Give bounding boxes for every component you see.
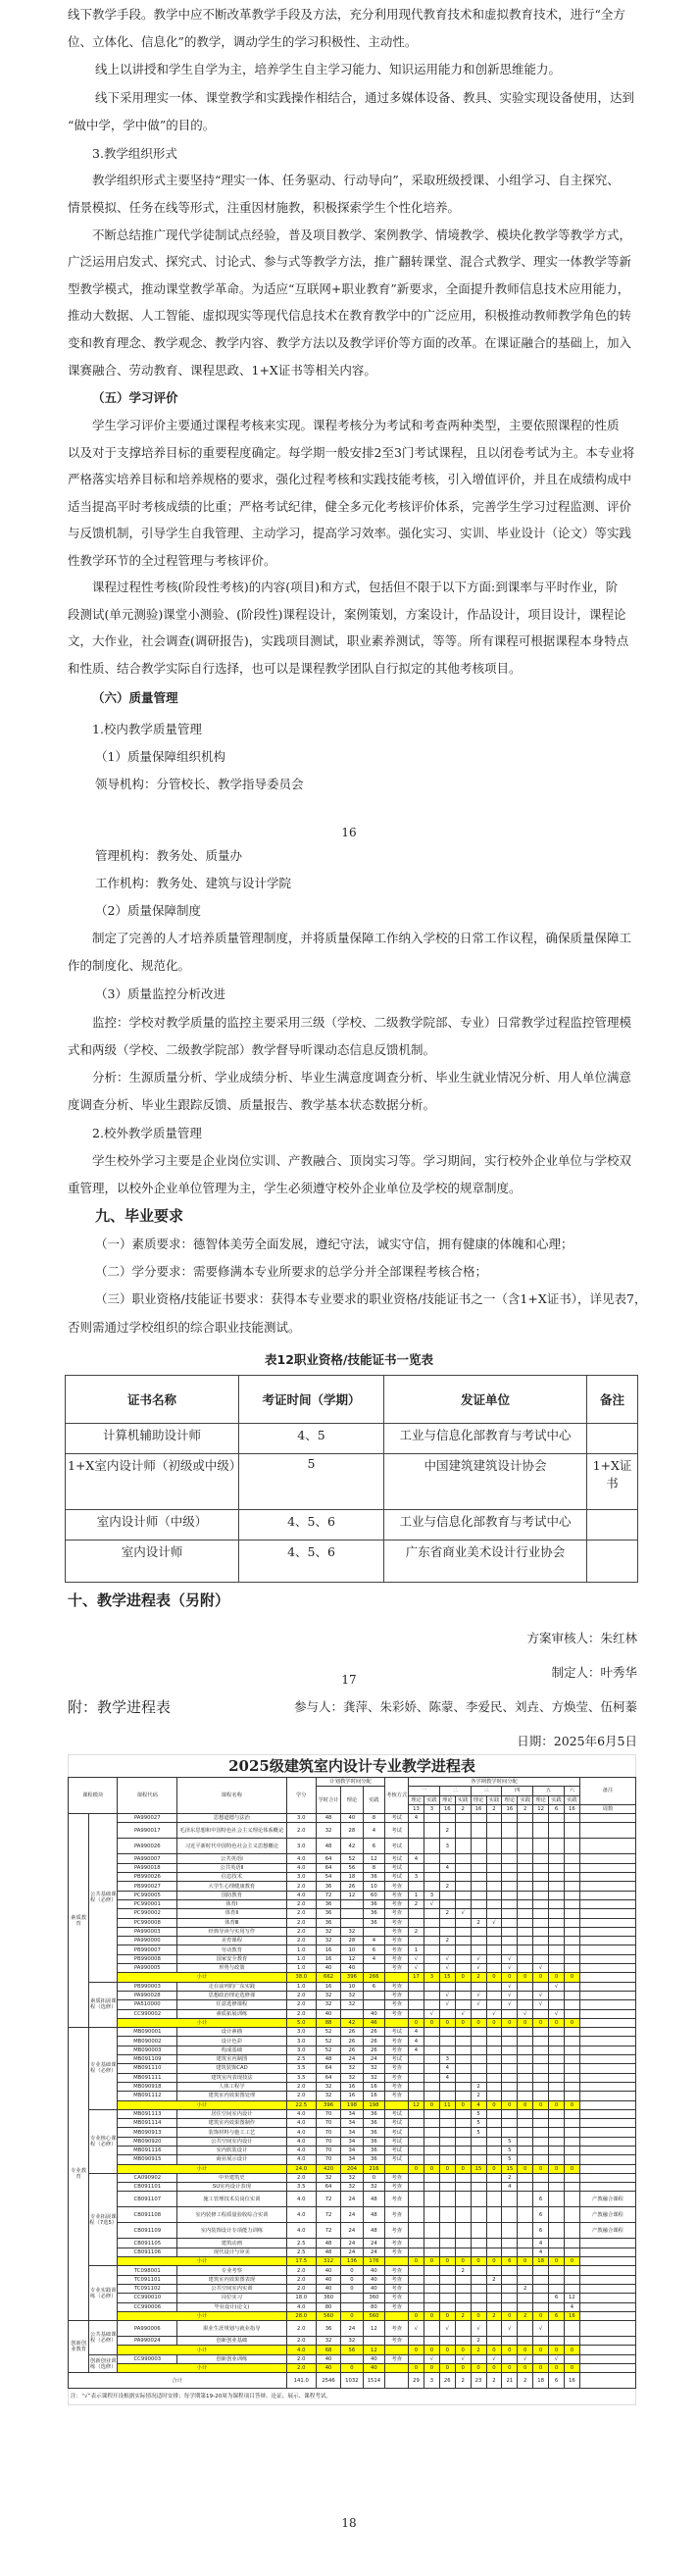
schedule-cell: 1.0 — [286, 1945, 316, 1954]
schedule-cell: 0 — [409, 2364, 424, 2373]
schedule-cell — [486, 2092, 502, 2100]
schedule-cell: 走在前列的广东实践 — [177, 1982, 286, 1991]
schedule-cell: 1032 — [341, 2373, 364, 2389]
course-row: PA990026习近平新时代中国特色社会主义思想概论3.048426考试3 — [69, 1839, 636, 1854]
schedule-cell: 专业考察 — [177, 2266, 286, 2275]
schedule-cell — [471, 2009, 486, 2018]
schedule-cell: √ — [486, 2009, 502, 2018]
schedule-cell — [409, 2128, 424, 2137]
schedule-cell: 64 — [316, 1863, 340, 1872]
schedule-cell: 体育Ⅱ — [177, 1909, 286, 1918]
schedule-cell — [502, 2248, 518, 2256]
remark-cell — [579, 2248, 635, 2256]
remark-cell — [579, 2000, 635, 2009]
schedule-cell: 15 — [502, 2164, 518, 2173]
schedule-cell: 构成基础 — [177, 2046, 286, 2054]
paragraph-line: 广泛运用启发式、探究式、讨论式、参与式等教学方法，推广翻转课堂、混合式教学、理实… — [68, 255, 639, 268]
schedule-cell — [533, 1854, 549, 1863]
header-semester: 三 — [471, 1787, 502, 1795]
schedule-cell: 4.0 — [286, 2302, 316, 2311]
schedule-cell: 396 — [316, 2100, 340, 2109]
schedule-cell: 4.0 — [286, 2346, 316, 2354]
course-row: MB091112建筑室内效果图处理2.0321616考查2 — [69, 2092, 636, 2100]
course-row: CB091109室内装饰设计专项能力训练4.0722448考查6产教融合课程 — [69, 2223, 636, 2239]
schedule-cell — [549, 2028, 565, 2037]
schedule-cell — [502, 1839, 518, 1854]
schedule-cell: √ — [502, 1954, 518, 1963]
schedule-cell — [533, 2302, 549, 2311]
schedule-cell: 2.0 — [286, 2275, 316, 2284]
schedule-cell: MB091111 — [118, 2073, 177, 2082]
schedule-cell: √ — [471, 2321, 486, 2337]
schedule-cell — [518, 2239, 533, 2248]
schedule-cell: 3.0 — [286, 1814, 316, 1823]
schedule-cell: √ — [471, 1991, 486, 1999]
schedule-cell — [533, 1982, 549, 1991]
schedule-cell — [486, 1964, 502, 1973]
schedule-cell — [533, 2275, 549, 2284]
schedule-cell — [502, 1909, 518, 1918]
schedule-cell — [564, 2239, 579, 2248]
course-row: PA990005形势与政策1.04040考查√√√√√ — [69, 1964, 636, 1973]
remark-cell — [579, 2173, 635, 2182]
schedule-cell: 4 — [363, 1937, 385, 1945]
schedule-cell: MB091114 — [118, 2119, 177, 2128]
weeks-cell: 16 — [439, 1804, 455, 1813]
schedule-cell: √ — [424, 2354, 439, 2363]
schedule-cell: 70 — [316, 2119, 340, 2128]
remark-cell — [579, 2266, 635, 2275]
schedule-cell — [471, 2192, 486, 2207]
schedule-cell: 0 — [409, 2018, 424, 2027]
schedule-cell — [409, 2155, 424, 2164]
schedule-cell — [424, 2119, 439, 2128]
schedule-cell — [518, 2248, 533, 2256]
header-assessment: 考核方式 — [385, 1778, 409, 1814]
section-10-title: 十、教学进程表（另附） — [68, 1594, 639, 1607]
schedule-cell — [471, 2173, 486, 2182]
schedule-cell: PA990005 — [118, 1964, 177, 1973]
schedule-cell — [564, 1899, 579, 1908]
schedule-cell: 设计色彩 — [177, 2037, 286, 2046]
course-row: PC990008体育Ⅲ2.03636考查2√ — [69, 1918, 636, 1927]
schedule-cell — [549, 1814, 565, 1823]
schedule-cell — [579, 1973, 635, 1982]
schedule-cell: PC990008 — [118, 1918, 177, 1927]
header-semester: 六 — [564, 1787, 579, 1795]
schedule-cell: √ — [486, 1918, 502, 1927]
schedule-cell: 思想道德与法治 — [177, 1814, 286, 1823]
cert-cell: 工业与信息化部教育与考试中心 — [384, 1510, 587, 1541]
schedule-cell: 考试 — [385, 2137, 409, 2146]
schedule-cell: 52 — [316, 2037, 340, 2046]
schedule-cell — [471, 2046, 486, 2054]
schedule-cell: 48 — [316, 2239, 340, 2248]
course-row: CB091105建筑动画2.5482424考查4 — [69, 2239, 636, 2248]
schedule-cell — [502, 2092, 518, 2100]
schedule-cell: 考试 — [385, 2128, 409, 2137]
schedule-cell — [409, 1823, 424, 1839]
schedule-cell: 64 — [316, 2064, 340, 2073]
schedule-cell — [341, 1899, 364, 1908]
paragraph-line: 重管理，以校外企业单位管理为主，学生必须遵守校外企业单位及学校的规章制度。 — [68, 1182, 639, 1194]
group-cell: 专业拓展课程（7选5） — [89, 2173, 118, 2265]
schedule-cell — [363, 1964, 385, 1973]
remark-cell — [579, 1945, 635, 1954]
schedule-cell: 4 — [409, 2037, 424, 2046]
schedule-cell — [424, 2266, 439, 2275]
schedule-cell: 3.5 — [286, 2183, 316, 2192]
remark-cell — [579, 1954, 635, 1963]
paragraph-line: 3.教学组织形式 — [92, 147, 664, 160]
schedule-cell: TC091101 — [118, 2275, 177, 2284]
schedule-cell: 考查 — [385, 2294, 409, 2302]
schedule-cell — [409, 2284, 424, 2293]
schedule-cell — [518, 2128, 533, 2137]
subtotal-row: 小计24.04202042160000150150000 — [69, 2164, 636, 2173]
header-semester: 一 — [409, 1787, 440, 1795]
schedule-cell: 4.0 — [286, 2109, 316, 2118]
schedule-cell: 0 — [564, 2100, 579, 2109]
schedule-cell: 考查 — [385, 1899, 409, 1908]
schedule-cell: PA990006 — [118, 2321, 177, 2337]
cert-cell: 室内设计师 — [66, 1541, 239, 1583]
schedule-cell: CC990010 — [118, 2294, 177, 2302]
schedule-cell: 29 — [409, 2373, 424, 2389]
schedule-cell: 公共空间室内设计 — [177, 2137, 286, 2146]
schedule-cell: √ — [471, 2000, 486, 2009]
header-semester: 五 — [533, 1787, 565, 1795]
schedule-cell — [502, 2302, 518, 2311]
schedule-cell — [486, 1909, 502, 1918]
schedule-cell: 考查 — [385, 2183, 409, 2192]
course-row: CB091108室内装修工程质量验收综合实训4.0722448考查6产教融合课程 — [69, 2207, 636, 2223]
schedule-cell: 0 — [409, 2311, 424, 2320]
schedule-cell: 32 — [341, 1991, 364, 1999]
schedule-cell — [424, 2192, 439, 2207]
schedule-cell: √ — [502, 1982, 518, 1991]
course-row: MB091111建筑室内表现技法3.5643232考查4 — [69, 2073, 636, 2082]
schedule-cell — [579, 2346, 635, 2354]
course-row: CB091107施工管理技术员岗位实训4.0722448考查6产教融合课程 — [69, 2192, 636, 2207]
schedule-cell — [439, 2294, 455, 2302]
paragraph-line: 领导机构：分管校长、教学指导委员会 — [95, 778, 667, 790]
schedule-cell — [455, 1823, 471, 1839]
schedule-cell: 创新创业训练 — [177, 2354, 286, 2363]
schedule-cell — [471, 1873, 486, 1882]
schedule-cell: 0 — [564, 2164, 579, 2173]
schedule-cell — [549, 2046, 565, 2054]
schedule-cell — [385, 2018, 409, 2027]
schedule-cell: 198 — [341, 2100, 364, 2109]
schedule-cell — [518, 1882, 533, 1891]
schedule-cell — [502, 2109, 518, 2118]
course-row: MB090920公共空间室内设计4.0703436考试5 — [69, 2137, 636, 2146]
course-row: MB090002设计色彩3.0522626考查4 — [69, 2037, 636, 2046]
schedule-cell: 5 — [471, 2119, 486, 2128]
schedule-cell: 70 — [316, 2137, 340, 2146]
schedule-cell: 居住空间室内设计 — [177, 2109, 286, 2118]
schedule-cell — [549, 2146, 565, 2154]
schedule-cell: CC990002 — [118, 2009, 177, 2018]
schedule-cell: 考试 — [385, 2109, 409, 2118]
schedule-cell: 6 — [533, 2207, 549, 2223]
schedule-cell — [518, 1873, 533, 1882]
schedule-cell: 考查 — [385, 2046, 409, 2054]
schedule-cell — [549, 2284, 565, 2293]
schedule-cell — [471, 1891, 486, 1899]
total-row: 合计141.025461032151429326223221218616 — [69, 2373, 636, 2389]
schedule-cell — [471, 2155, 486, 2164]
cert-cell — [587, 1541, 638, 1583]
schedule-cell — [486, 2248, 502, 2256]
schedule-cell: 2 — [409, 1899, 424, 1908]
schedule-cell — [455, 2046, 471, 2054]
schedule-cell: 小计 — [118, 2018, 286, 2027]
schedule-cell — [471, 1863, 486, 1872]
schedule-cell: 12 — [341, 1954, 364, 1963]
schedule-cell: 2.0 — [286, 2321, 316, 2337]
group-cell: 创新创业训练（选修） — [89, 2354, 118, 2373]
schedule-cell: 32 — [316, 2000, 340, 2009]
remark-cell — [579, 2337, 635, 2346]
schedule-cell — [409, 2192, 424, 2207]
schedule-cell: 0 — [502, 2346, 518, 2354]
schedule-cell: 46 — [363, 2018, 385, 2027]
schedule-cell — [439, 2223, 455, 2239]
schedule-cell — [424, 1882, 439, 1891]
schedule-cell: 32 — [363, 2183, 385, 2192]
schedule-cell: 3.0 — [286, 2037, 316, 2046]
schedule-cell — [424, 1937, 439, 1945]
schedule-cell: 32 — [316, 1823, 340, 1839]
schedule-cell: 理论 — [533, 1795, 549, 1804]
schedule-cell: 64 — [316, 1854, 340, 1863]
schedule-cell — [439, 2146, 455, 2154]
subtotal-row: 小计28.05600560000202020616 — [69, 2311, 636, 2320]
schedule-cell — [549, 1945, 565, 1954]
schedule-cell — [455, 2119, 471, 2128]
cert-cell — [587, 1510, 638, 1541]
schedule-cell — [455, 2028, 471, 2037]
schedule-cell — [486, 2302, 502, 2311]
schedule-cell — [533, 1863, 549, 1872]
schedule-cell — [424, 1927, 439, 1936]
course-row: PA990024创新创业基础2.03232考查2 — [69, 2337, 636, 2346]
schedule-cell — [533, 1882, 549, 1891]
schedule-cell: 0 — [486, 2257, 502, 2266]
schedule-cell — [564, 1982, 579, 1991]
schedule-cell: 0 — [549, 1973, 565, 1982]
schedule-cell: 习近平新时代中国特色社会主义思想概论 — [177, 1839, 286, 1854]
schedule-cell — [564, 1909, 579, 1918]
schedule-cell: 0 — [471, 2311, 486, 2320]
schedule-cell: 38.0 — [286, 1973, 316, 1982]
schedule-cell — [486, 2137, 502, 2146]
schedule-cell: 0 — [502, 1973, 518, 1982]
schedule-cell: 36 — [363, 2155, 385, 2164]
schedule-cell — [564, 1854, 579, 1863]
schedule-cell — [385, 2100, 409, 2109]
schedule-cell — [455, 2173, 471, 2182]
schedule-cell — [385, 2311, 409, 2320]
schedule-cell: 32 — [341, 2000, 364, 2009]
schedule-cell — [455, 2137, 471, 2146]
schedule-cell — [533, 2009, 549, 2018]
schedule-cell — [502, 2266, 518, 2275]
schedule-cell — [385, 1973, 409, 1982]
schedule-cell — [439, 2009, 455, 2018]
schedule-cell: 0 — [486, 2346, 502, 2354]
schedule-cell — [486, 2146, 502, 2154]
course-row: PA990017毛泽东思想和中国特色社会主义理论体系概论2.032284考试2 — [69, 1823, 636, 1839]
schedule-cell: 0 — [424, 2164, 439, 2173]
schedule-cell: 54 — [316, 1873, 340, 1882]
schedule-cell: 3 — [424, 1973, 439, 1982]
schedule-cell: 42 — [341, 1839, 364, 1854]
schedule-cell — [502, 2354, 518, 2363]
schedule-cell: 考试 — [385, 1814, 409, 1823]
paragraph-line: 分析：生源质量分析、学业成绩分析、毕业生满意度调查分析、毕业生就业情况分析、用人… — [92, 1071, 664, 1084]
schedule-cell: 2.5 — [286, 2055, 316, 2064]
schedule-cell — [564, 2046, 579, 2054]
schedule-cell: 实践 — [564, 1795, 579, 1804]
schedule-cell: 0 — [455, 2164, 471, 2173]
cert-cell: 工业与信息化部教育与考试中心 — [384, 1424, 587, 1454]
cert-table-caption: 表12职业资格/技能证书一览表 — [0, 1350, 698, 1368]
schedule-cell: 11 — [439, 2100, 455, 2109]
schedule-cell: 2 — [471, 1918, 486, 1927]
schedule-cell: 0 — [341, 2311, 364, 2320]
schedule-cell: 0 — [424, 2018, 439, 2027]
schedule-cell — [549, 2302, 565, 2311]
schedule-cell: 考试 — [385, 2146, 409, 2154]
paragraph-line: 和性质、结合教学实际自行选择，也可以是课程教学团队自行拟定的其他考核项目。 — [68, 662, 639, 675]
schedule-cell — [409, 2009, 424, 2018]
course-row: MB091114建筑室内效果图制作4.0703436考试5 — [69, 2119, 636, 2128]
schedule-cell — [455, 1814, 471, 1823]
paragraph-line: 学生校外学习主要是企业岗位实训、产教融合、顶岗实习等。学习期间，实行校外企业单位… — [92, 1154, 664, 1167]
schedule-cell: 建筑装饰CAD — [177, 2064, 286, 2073]
schedule-cell: MB090913 — [118, 2128, 177, 2137]
schedule-cell: 40 — [316, 2266, 340, 2275]
schedule-cell: √ — [439, 1954, 455, 1963]
paragraph-line: （3）质量监控分析改进 — [95, 987, 667, 1000]
schedule-cell: 体育Ⅲ — [177, 1918, 286, 1927]
schedule-cell: 32 — [341, 2337, 364, 2346]
schedule-cell: 32 — [316, 1937, 340, 1945]
schedule-cell: 18 — [533, 2257, 549, 2266]
paragraph-line: 课程过程性考核(阶段性考核)的内容(项目)和方式，包括但不限于以下方面:到课率与… — [92, 581, 664, 593]
schedule-cell — [424, 2064, 439, 2073]
schedule-cell — [564, 1937, 579, 1945]
schedule-cell: PB990008 — [118, 1954, 177, 1963]
schedule-cell: 0 — [363, 2173, 385, 2182]
schedule-cell: 考试 — [385, 2119, 409, 2128]
schedule-cell: 商业展示设计 — [177, 2155, 286, 2164]
remark-cell — [579, 2275, 635, 2284]
schedule-cell — [455, 2000, 471, 2009]
schedule-cell — [533, 2183, 549, 2192]
remark-cell: 产教融合课程 — [579, 2207, 635, 2223]
schedule-cell — [409, 2207, 424, 2223]
schedule-cell: PA990000 — [118, 1937, 177, 1945]
schedule-cell — [439, 2155, 455, 2164]
schedule-cell: 24 — [341, 2055, 364, 2064]
paragraph-line: 1.校内教学质量管理 — [92, 723, 664, 735]
schedule-cell — [518, 2155, 533, 2164]
schedule-cell: 10 — [341, 1945, 364, 1954]
remark-cell: 产教融合课程 — [579, 2192, 635, 2207]
schedule-cell: 3.5 — [286, 2064, 316, 2073]
schedule-cell — [424, 2302, 439, 2311]
schedule-cell: 396 — [341, 1973, 364, 1982]
schedule-cell: 1514 — [363, 2373, 385, 2389]
remark-cell — [579, 2073, 635, 2082]
schedule-cell: 实践 — [518, 1795, 533, 1804]
schedule-cell — [564, 2073, 579, 2082]
schedule-cell: 0 — [455, 1973, 471, 1982]
schedule-cell: 70 — [316, 2109, 340, 2118]
schedule-cell: 0 — [533, 2364, 549, 2373]
schedule-cell — [549, 2073, 565, 2082]
schedule-cell: 24 — [341, 2223, 364, 2239]
schedule-cell — [471, 2207, 486, 2223]
schedule-cell: 48 — [316, 1814, 340, 1823]
schedule-cell — [341, 1909, 364, 1918]
schedule-cell: √ — [424, 2009, 439, 2018]
schedule-cell — [439, 2302, 455, 2311]
schedule-cell: 4.0 — [286, 1891, 316, 1899]
paragraph-line: 否则需通过学校组织的综合职业技能测试。 — [68, 1321, 639, 1334]
col-header-exam-term: 考证时间（学期） — [239, 1376, 384, 1424]
schedule-cell — [409, 2064, 424, 2073]
schedule-cell: 32 — [363, 2073, 385, 2082]
schedule-cell — [579, 2373, 635, 2389]
schedule-cell — [564, 2146, 579, 2154]
schedule-cell — [486, 2073, 502, 2082]
schedule-cell: 美育课程 — [177, 1937, 286, 1945]
schedule-cell — [533, 1823, 549, 1839]
schedule-cell: 实践 — [486, 1795, 502, 1804]
schedule-cell — [471, 1823, 486, 1839]
schedule-cell: 0 — [486, 1973, 502, 1982]
schedule-cell: 考试 — [385, 1823, 409, 1839]
schedule-cell — [486, 1891, 502, 1899]
schedule-cell — [471, 2266, 486, 2275]
schedule-cell: √ — [533, 2000, 549, 2009]
schedule-cell — [424, 1991, 439, 1999]
schedule-cell: CB091108 — [118, 2207, 177, 2223]
schedule-cell — [564, 2137, 579, 2146]
schedule-cell — [409, 2294, 424, 2302]
schedule-cell — [409, 2073, 424, 2082]
schedule-cell: 24.0 — [286, 2164, 316, 2173]
schedule-cell: 小计 — [118, 2164, 286, 2173]
schedule-cell: 0 — [549, 2164, 565, 2173]
schedule-cell — [455, 2155, 471, 2164]
schedule-cell — [471, 2028, 486, 2037]
cert-cell: 4、5、6 — [239, 1510, 384, 1541]
schedule-cell: MB090002 — [118, 2037, 177, 2046]
schedule-cell — [533, 2354, 549, 2363]
schedule-cell — [424, 2137, 439, 2146]
schedule-cell — [439, 2137, 455, 2146]
schedule-cell: 26 — [341, 1882, 364, 1891]
schedule-cell: 23 — [471, 2373, 486, 2389]
schedule-cell: 室内装修工程质量验收综合实训 — [177, 2207, 286, 2223]
schedule-title: 2025级建筑室内设计专业教学进程表 — [68, 1754, 636, 1777]
